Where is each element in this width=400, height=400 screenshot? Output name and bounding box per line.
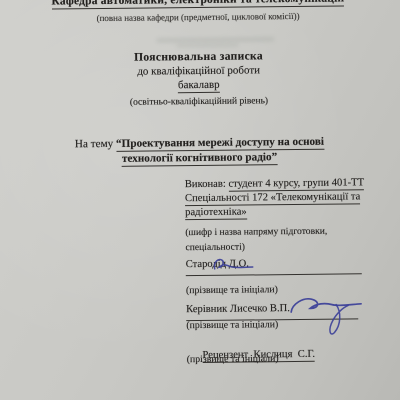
executor-student-line: студент 4 курсу, групи 401-ТТ [228, 177, 364, 191]
scanned-title-page: Кафедра автоматики, електроніки та телек… [0, 0, 400, 400]
topic-prefix: На тему [75, 138, 116, 150]
supervisor-caption: (прізвище та ініціали) [186, 319, 278, 331]
degree-level: бакалавр [0, 77, 399, 93]
topic-title-line2: технології когнітивного радіо” [122, 151, 277, 167]
specialty-caption-line-2: спеціальності) [185, 242, 245, 254]
supervisor-line: Керівник Лисечко В.П. [186, 303, 290, 316]
reviewer-caption: (прізвище та ініціали) [187, 353, 279, 365]
document-title: Пояснювальна записка [0, 48, 399, 65]
specialty-caption-line-1: (шифр і назва напряму підготовки, [185, 226, 327, 238]
department-caption: (повна назва кафедри (предметної, циклов… [0, 10, 398, 24]
topic-title-line1: “Проектування мережі доступу на основі [116, 136, 324, 152]
topic-line-2: технології когнітивного радіо” [0, 150, 400, 166]
student-name-caption: (прізвище та ініціали) [186, 284, 278, 296]
bleed-through-mark [156, 37, 274, 42]
paper-sheet: Кафедра автоматики, електроніки та телек… [0, 0, 400, 400]
topic-line-1: На тему “Проектування мережі доступу на … [0, 135, 399, 151]
executor-line: Виконав: студент 4 курсу, групи 401-ТТ [185, 177, 364, 190]
student-signature-row: Стародід Д.О. [186, 257, 362, 276]
department-name: Кафедра автоматики, електроніки та телек… [51, 0, 344, 10]
student-name: Стародід Д.О. [186, 258, 249, 270]
department-header: Кафедра автоматики, електроніки та телек… [0, 0, 398, 8]
executor-label: Виконав: [185, 179, 229, 190]
specialty-line-2-text: радіотехніка» [185, 207, 247, 221]
specialty-line-1: Спеціальності 172 «Телекомунікації та [185, 191, 360, 204]
degree-caption: (освітньо-кваліфікаційний рівень) [0, 95, 399, 109]
bleed-through-mark [176, 44, 238, 48]
specialty-line-2: радіотехніка» [185, 207, 247, 219]
degree-level-text: бакалавр [178, 79, 220, 93]
specialty-line-1-text: Спеціальності 172 «Телекомунікації та [185, 191, 361, 206]
